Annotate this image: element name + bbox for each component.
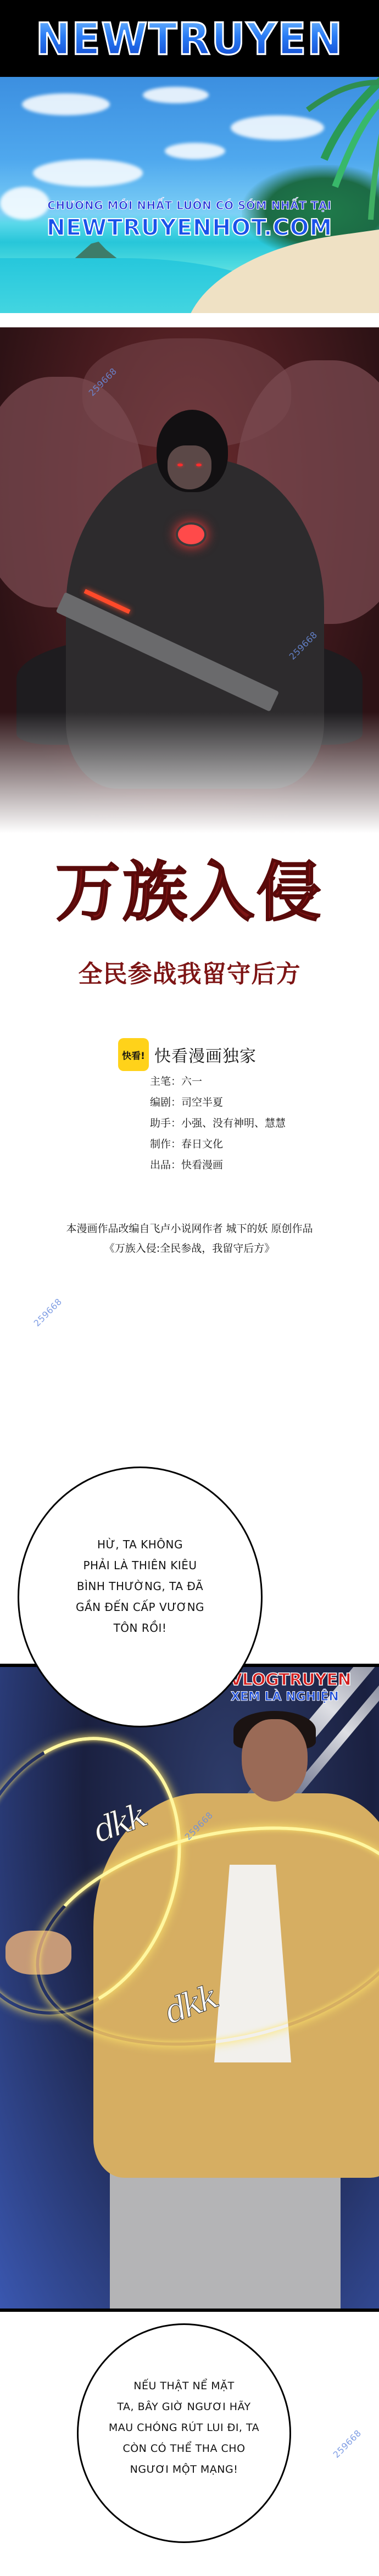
brand-logo[interactable]: NEWTRUYEN bbox=[36, 13, 343, 64]
brand-header: NEWTRUYEN bbox=[0, 0, 379, 77]
publisher-tag: 快看! 快看漫画独家 bbox=[118, 1038, 257, 1071]
credit-row: 出品：快看漫画 bbox=[150, 1155, 286, 1175]
speech-bubble: NẾU THẬT NỂ MẶT TA, BÂY GIỜ NGƯƠI HÃY MA… bbox=[77, 2323, 291, 2543]
credit-row: 助手：小强、没有神明、慧慧 bbox=[150, 1113, 286, 1134]
source-title: 《万族入侵:全民参战，我留守后方》 bbox=[0, 1240, 379, 1255]
credit-row: 主笔：六一 bbox=[150, 1071, 286, 1092]
kuaikan-logo-icon: 快看! bbox=[118, 1038, 149, 1071]
eye bbox=[177, 464, 183, 466]
cover-illustration: 259668 259668 bbox=[0, 327, 379, 855]
promo-tagline: CHƯƠNG MỚI NHẤT LUÔN CÓ SỚM NHẤT TẠI bbox=[0, 199, 379, 212]
comic-title: 万族入侵 bbox=[0, 858, 379, 927]
publisher-name: 快看漫画独家 bbox=[154, 1042, 257, 1067]
scan-group-title: VLOGTRUYEN bbox=[230, 1670, 351, 1690]
cloud bbox=[143, 87, 209, 103]
watermark: 259668 bbox=[32, 1296, 64, 1329]
credit-row: 制作：春日文化 bbox=[150, 1134, 286, 1155]
bubble-text: NẾU THẬT NỂ MẶT TA, BÂY GIỜ NGƯƠI HÃY MA… bbox=[109, 2376, 259, 2480]
comic-page: NEWTRUYEN CHƯƠNG MỚI NHẤT LUÔN CÓ SỚM NH… bbox=[0, 0, 379, 2576]
credit-row: 编剧：司空半夏 bbox=[150, 1092, 286, 1113]
credits-list: 主笔：六一 编剧：司空半夏 助手：小强、没有神明、慧慧 制作：春日文化 出品：快… bbox=[150, 1071, 286, 1175]
bubble-text: HỪ, TA KHÔNG PHẢI LÀ THIÊN KIÊU BÌNH THƯ… bbox=[76, 1534, 204, 1638]
source-note: 本漫画作品改编自飞卢小说网作者 城下的妖 原创作品 bbox=[0, 1220, 379, 1235]
speech-bubble: HỪ, TA KHÔNG PHẢI LÀ THIÊN KIÊU BÌNH THƯ… bbox=[18, 1467, 263, 1727]
scan-group-slogan: XEM LÀ NGHIỆN bbox=[231, 1690, 339, 1704]
promo-banner[interactable]: CHƯƠNG MỚI NHẤT LUÔN CÓ SỚM NHẤT TẠI NEW… bbox=[0, 77, 379, 313]
eye bbox=[196, 464, 202, 466]
cover-fade bbox=[0, 712, 379, 855]
cloud bbox=[33, 159, 143, 187]
watermark: 259668 bbox=[331, 2428, 364, 2460]
chest-core-light bbox=[176, 522, 207, 547]
man-face bbox=[242, 1719, 308, 1802]
hero-face bbox=[168, 445, 211, 489]
action-panel: dkk dkk 259668 bbox=[0, 1664, 379, 2312]
comic-subtitle: 全民参战我留守后方 bbox=[0, 954, 379, 989]
promo-site-link[interactable]: NEWTRUYENHOT.COM bbox=[0, 214, 379, 241]
cloud bbox=[165, 143, 225, 159]
cloud bbox=[22, 93, 110, 115]
